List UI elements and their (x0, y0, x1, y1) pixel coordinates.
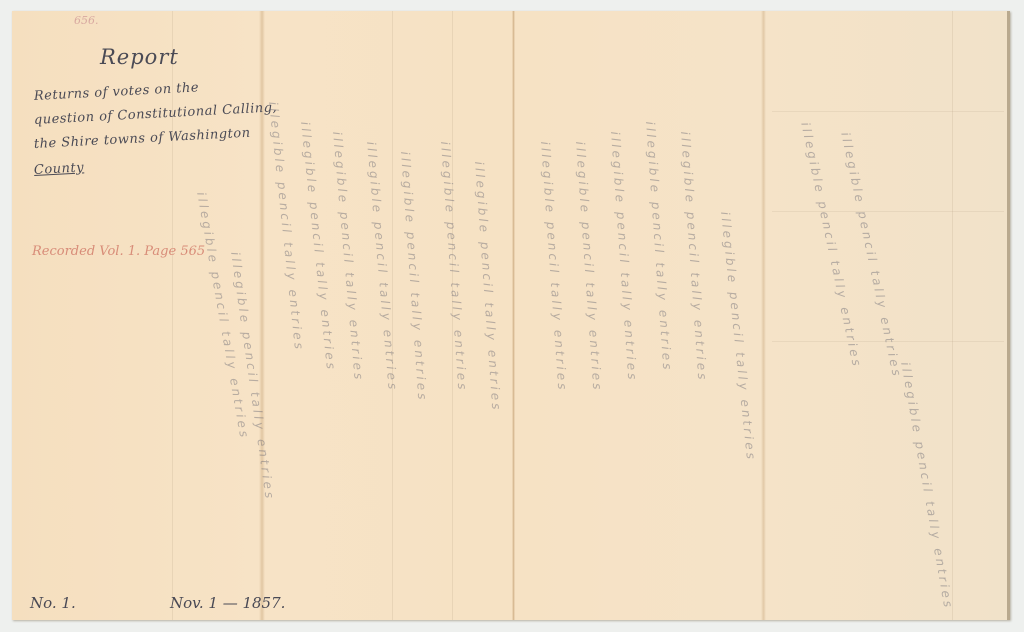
pencil-column: illegible pencil tally entries (718, 211, 758, 463)
pencil-column: illegible pencil tally entries (398, 151, 430, 403)
pencil-column: illegible pencil tally entries (438, 141, 470, 393)
center-fold-crease (512, 11, 515, 620)
document-sheet: 656. Report Returns of votes on the ques… (12, 11, 1010, 620)
pencil-column: illegible pencil tally entries (364, 141, 400, 393)
document-title: Report (100, 45, 179, 69)
ruled-line (172, 11, 173, 620)
pencil-column: illegible pencil tally entries (538, 141, 570, 393)
page-edge (1007, 11, 1010, 620)
document-date: Nov. 1 — 1857. (170, 594, 285, 612)
pencil-column: illegible pencil tally entries (678, 131, 710, 383)
pencil-column: illegible pencil tally entries (898, 361, 955, 611)
pencil-column: illegible pencil tally entries (573, 141, 605, 393)
document-number: No. 1. (30, 594, 76, 612)
pencil-column: illegible pencil tally entries (472, 161, 504, 413)
ruled-line (952, 11, 953, 620)
ruled-line (772, 211, 1004, 212)
fold-crease (761, 11, 766, 620)
recorded-note: Recorded Vol. 1. Page 565 (32, 244, 205, 259)
pencil-column: illegible pencil tally entries (643, 121, 675, 373)
catalog-number: 656. (74, 14, 99, 27)
ruled-line (772, 111, 1004, 112)
pencil-column: illegible pencil tally entries (608, 131, 640, 383)
description-line: County (33, 158, 84, 181)
